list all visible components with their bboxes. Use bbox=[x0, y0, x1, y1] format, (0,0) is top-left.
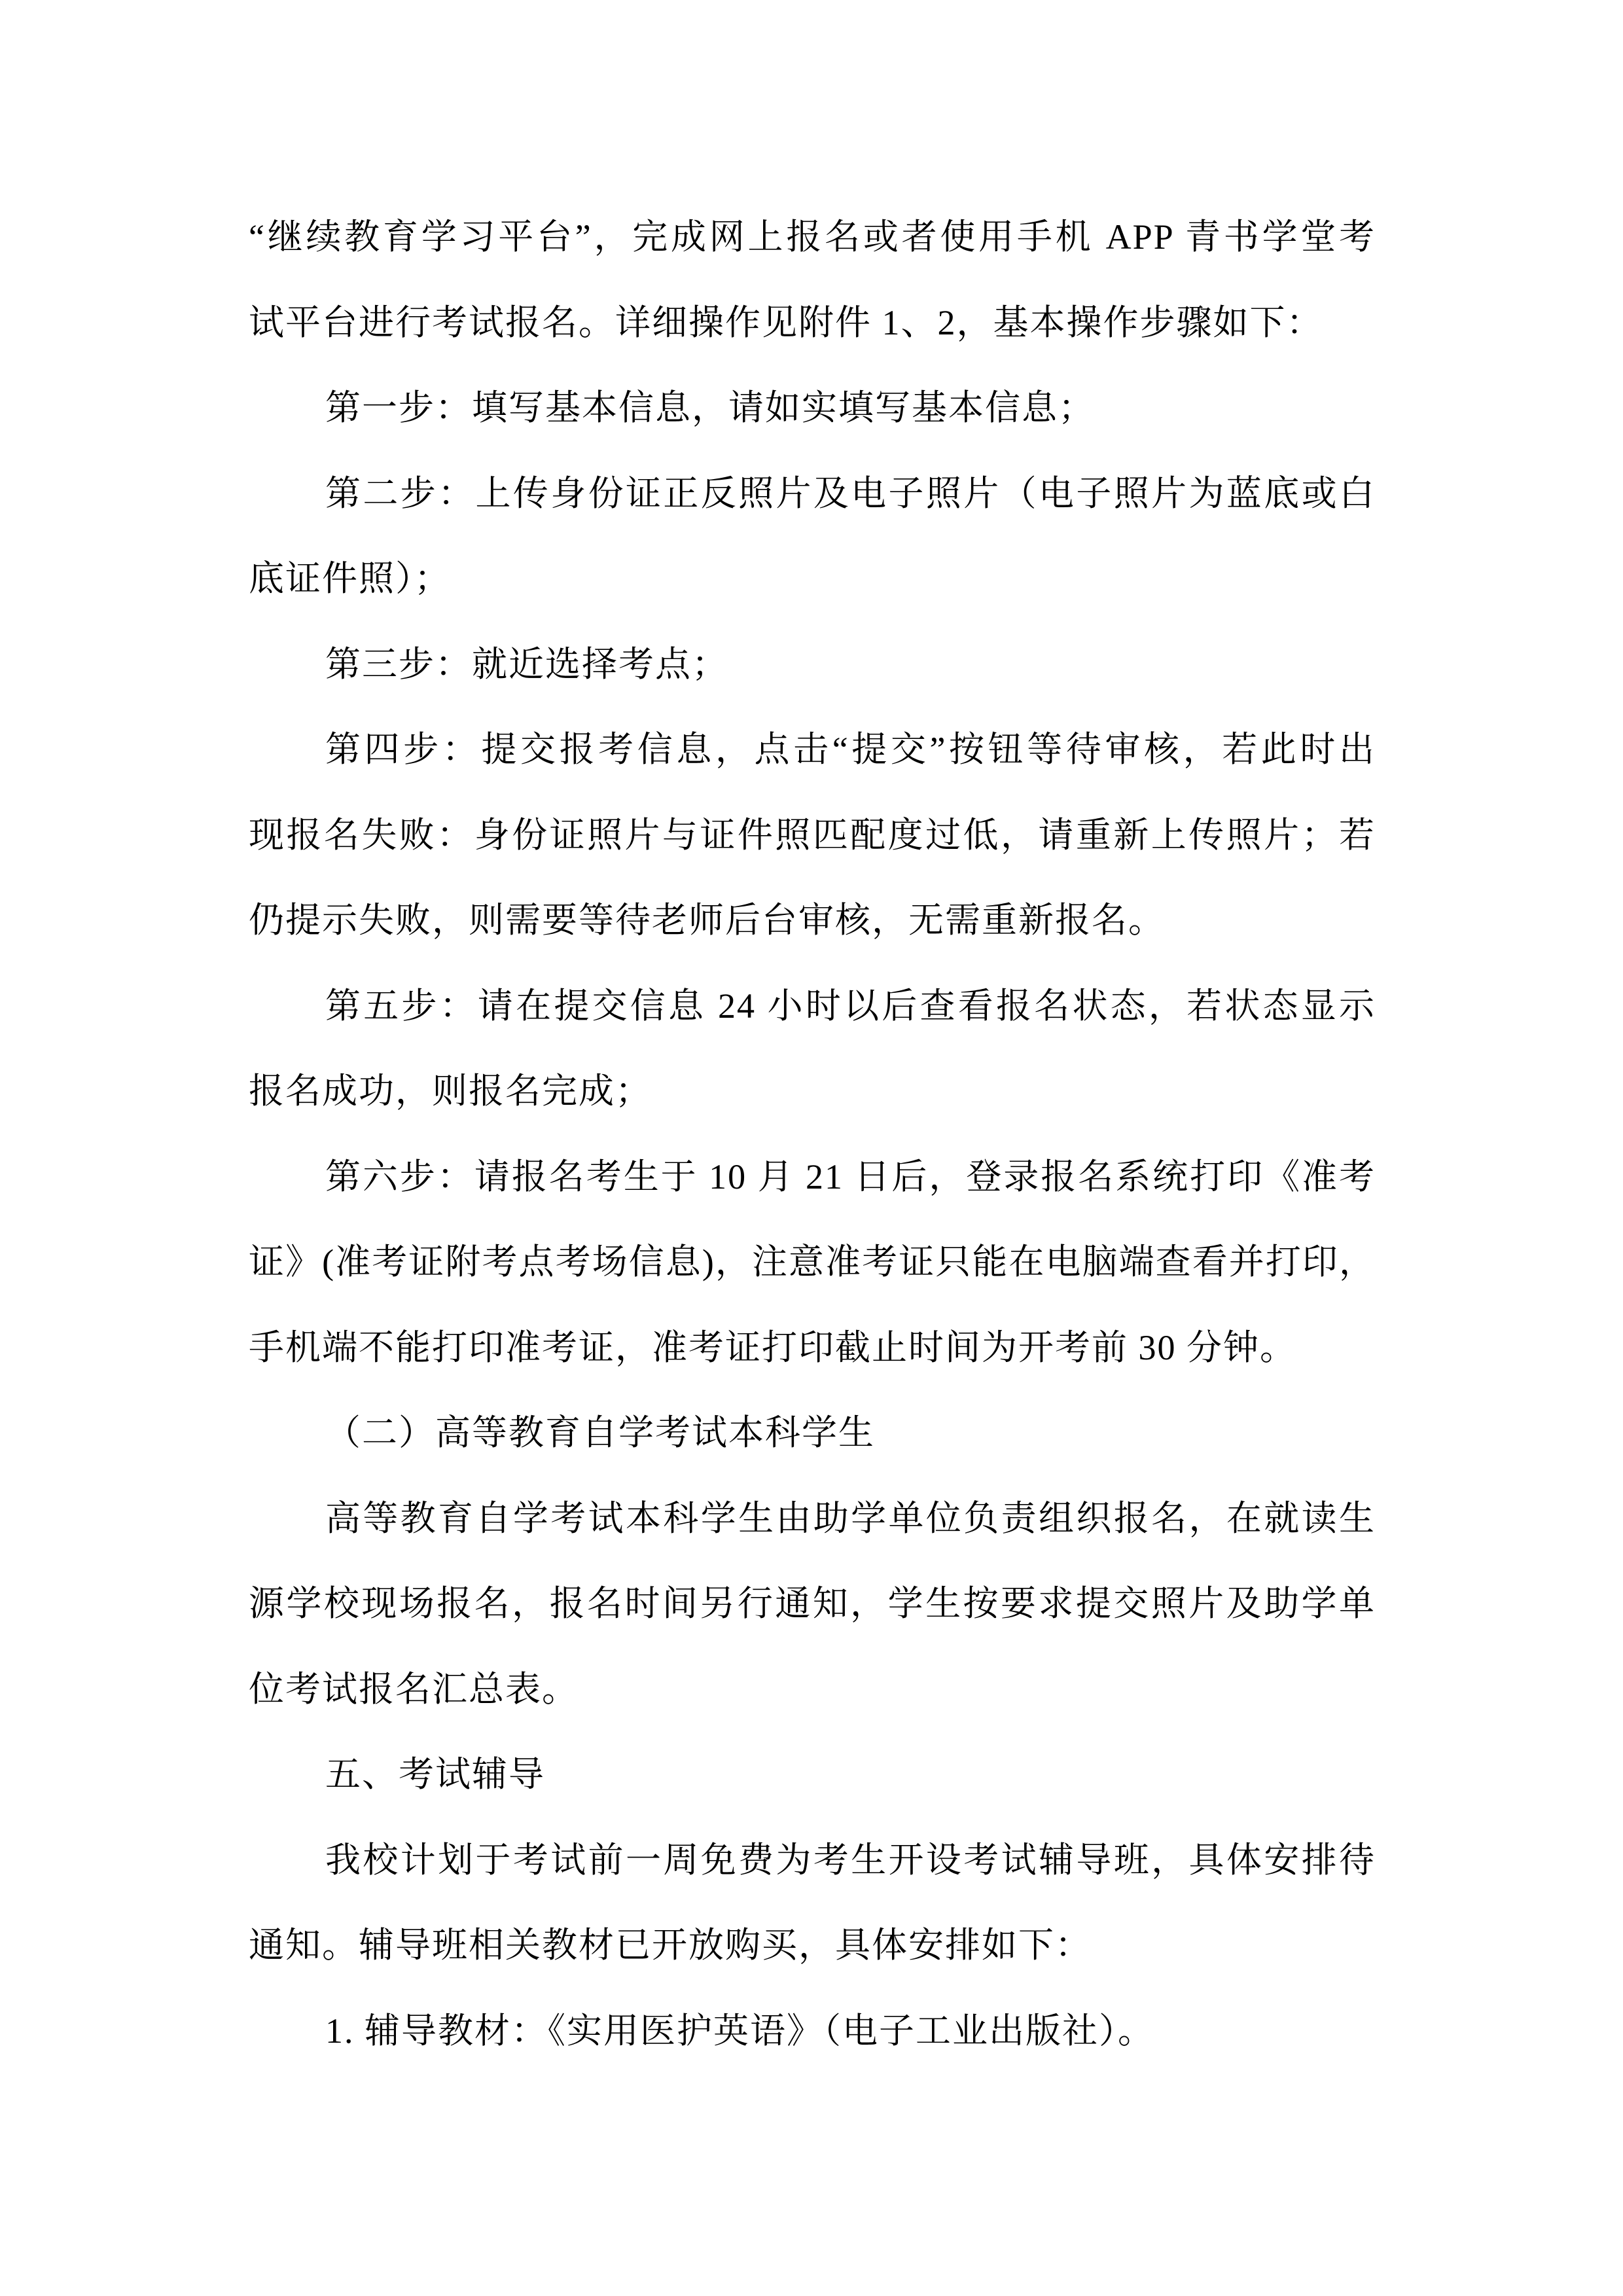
paragraph: 高等教育自学考试本科学生由助学单位负责组织报名，在就读生源学校现场报名，报名时间… bbox=[249, 1476, 1376, 1732]
document-body: “继续教育学习平台”，完成网上报名或者使用手机 APP 青书学堂考试平台进行考试… bbox=[249, 194, 1376, 2073]
paragraph: 第四步：提交报考信息，点击“提交”按钮等待审核，若此时出现报名失败：身份证照片与… bbox=[249, 707, 1376, 963]
paragraph: 我校计划于考试前一周免费为考生开设考试辅导班，具体安排待通知。辅导班相关教材已开… bbox=[249, 1818, 1376, 1988]
text-line: 试平台进行考试报名。详细操作见附件 1、2，基本操作步骤如下： bbox=[249, 280, 1376, 366]
text-line: 手机端不能打印准考证，准考证打印截止时间为开考前 30 分钟。 bbox=[249, 1305, 1376, 1391]
text-line: 底证件照）； bbox=[249, 536, 1376, 622]
text-line: 第一步：填写基本信息，请如实填写基本信息； bbox=[249, 365, 1376, 451]
document-page: “继续教育学习平台”，完成网上报名或者使用手机 APP 青书学堂考试平台进行考试… bbox=[0, 0, 1623, 2296]
text-line: 第三步：就近选择考点； bbox=[249, 622, 1376, 708]
text-line: 第二步：上传身份证正反照片及电子照片（电子照片为蓝底或白 bbox=[249, 451, 1376, 537]
text-line: “继续教育学习平台”，完成网上报名或者使用手机 APP 青书学堂考 bbox=[249, 194, 1376, 280]
paragraph: “继续教育学习平台”，完成网上报名或者使用手机 APP 青书学堂考试平台进行考试… bbox=[249, 194, 1376, 365]
text-line: 证》(准考证附考点考场信息)，注意准考证只能在电脑端查看并打印， bbox=[249, 1219, 1376, 1305]
text-line: 1. 辅导教材：《实用医护英语》（电子工业出版社）。 bbox=[249, 1988, 1376, 2074]
text-line: 第五步：请在提交信息 24 小时以后查看报名状态，若状态显示 bbox=[249, 963, 1376, 1049]
text-line: 第六步：请报名考生于 10 月 21 日后，登录报名系统打印《准考 bbox=[249, 1134, 1376, 1220]
text-line: 第四步：提交报考信息，点击“提交”按钮等待审核，若此时出 bbox=[249, 707, 1376, 793]
text-line: 高等教育自学考试本科学生由助学单位负责组织报名，在就读生 bbox=[249, 1476, 1376, 1562]
text-line: （二）高等教育自学考试本科学生 bbox=[249, 1390, 1376, 1476]
text-line: 我校计划于考试前一周免费为考生开设考试辅导班，具体安排待 bbox=[249, 1818, 1376, 1903]
text-line: 现报名失败：身份证照片与证件照匹配度过低，请重新上传照片；若 bbox=[249, 793, 1376, 878]
paragraph: 1. 辅导教材：《实用医护英语》（电子工业出版社）。 bbox=[249, 1988, 1376, 2074]
paragraph: （二）高等教育自学考试本科学生 bbox=[249, 1390, 1376, 1476]
paragraph: 第二步：上传身份证正反照片及电子照片（电子照片为蓝底或白底证件照）； bbox=[249, 451, 1376, 622]
paragraph: 第一步：填写基本信息，请如实填写基本信息； bbox=[249, 365, 1376, 451]
text-line: 通知。辅导班相关教材已开放购买，具体安排如下： bbox=[249, 1903, 1376, 1988]
paragraph: 第六步：请报名考生于 10 月 21 日后，登录报名系统打印《准考证》(准考证附… bbox=[249, 1134, 1376, 1391]
paragraph: 五、考试辅导 bbox=[249, 1732, 1376, 1818]
paragraph: 第五步：请在提交信息 24 小时以后查看报名状态，若状态显示报名成功，则报名完成… bbox=[249, 963, 1376, 1134]
text-line: 报名成功，则报名完成； bbox=[249, 1049, 1376, 1134]
text-line: 源学校现场报名，报名时间另行通知，学生按要求提交照片及助学单 bbox=[249, 1561, 1376, 1647]
paragraph: 第三步：就近选择考点； bbox=[249, 622, 1376, 708]
text-line: 仍提示失败，则需要等待老师后台审核，无需重新报名。 bbox=[249, 878, 1376, 963]
text-line: 五、考试辅导 bbox=[249, 1732, 1376, 1818]
text-line: 位考试报名汇总表。 bbox=[249, 1647, 1376, 1732]
